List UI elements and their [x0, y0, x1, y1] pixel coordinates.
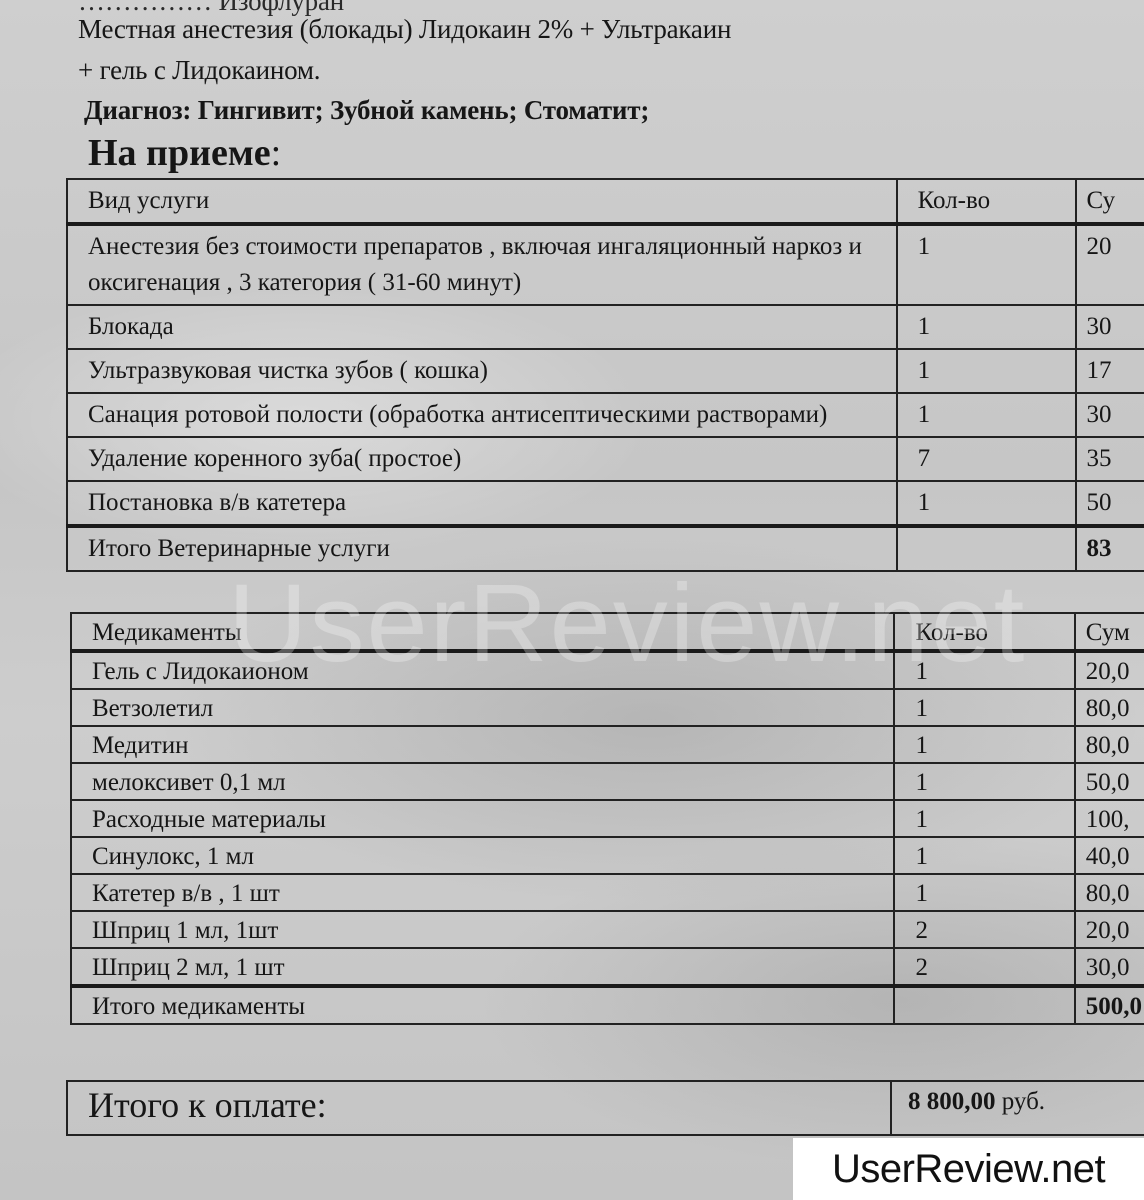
- cell-sum: 100,: [1075, 800, 1144, 837]
- anesthesia-line-2: + гель с Лидокаином.: [78, 55, 320, 86]
- header-medications: Медикаменты: [71, 613, 894, 651]
- medications-table: Медикаменты Кол-во Сум Гель с Лидокаионо…: [70, 612, 1144, 1025]
- services-table-body: Вид услуги Кол-во Су Анестезия без стоим…: [67, 179, 1144, 571]
- grand-total-box: Итого к оплате: 8 800,00 руб.: [66, 1080, 1144, 1136]
- grand-total-divider: [890, 1082, 892, 1134]
- table-row: Расходные материалы1100,: [71, 800, 1144, 837]
- cell-qty: 1: [894, 837, 1074, 874]
- table-row: Анестезия без стоимости препаратов , вкл…: [67, 224, 1144, 305]
- cell-name: мелоксивет 0,1 мл: [71, 763, 894, 800]
- cell-qty: 1: [894, 800, 1074, 837]
- cell-name: Постановка в/в катетера: [67, 481, 897, 526]
- table-row: Санация ротовой полости (обработка антис…: [67, 393, 1144, 437]
- total-row: Итого Ветеринарные услуги83: [67, 526, 1144, 571]
- total-name: Итого медикаменты: [71, 986, 894, 1024]
- cell-sum: 20,0: [1075, 911, 1144, 948]
- cell-qty: 1: [894, 726, 1074, 763]
- cell-qty: 1: [897, 393, 1076, 437]
- cell-qty: 1: [894, 763, 1074, 800]
- grand-total-label: Итого к оплате:: [88, 1084, 327, 1126]
- diagnosis: Диагноз: Гингивит; Зубной камень; Стомат…: [84, 95, 649, 126]
- total-qty: [894, 986, 1074, 1024]
- cell-name: Ветзолетил: [71, 689, 894, 726]
- table-row: Гель с Лидокаионом120,0: [71, 651, 1144, 689]
- cell-sum: 30,0: [1075, 948, 1144, 986]
- services-header-row: Вид услуги Кол-во Су: [67, 179, 1144, 224]
- cell-qty: 1: [897, 349, 1076, 393]
- total-name: Итого Ветеринарные услуги: [67, 526, 897, 571]
- cell-sum: 30: [1076, 305, 1144, 349]
- cell-sum: 20: [1076, 224, 1144, 305]
- cell-sum: 17: [1076, 349, 1144, 393]
- table-row: Катетер в/в , 1 шт180,0: [71, 874, 1144, 911]
- cell-qty: 1: [894, 651, 1074, 689]
- grand-total-currency: руб.: [1002, 1088, 1045, 1115]
- header-sum: Сум: [1075, 613, 1144, 651]
- cell-name: Блокада: [67, 305, 897, 349]
- cell-name: Санация ротовой полости (обработка антис…: [67, 393, 897, 437]
- cell-qty: 2: [894, 911, 1074, 948]
- cell-sum: 20,0: [1075, 651, 1144, 689]
- cell-qty: 1: [894, 689, 1074, 726]
- cell-name: Медитин: [71, 726, 894, 763]
- total-qty: [897, 526, 1076, 571]
- cell-sum: 80,0: [1075, 726, 1144, 763]
- table-row: Блокада130: [67, 305, 1144, 349]
- cell-name: Гель с Лидокаионом: [71, 651, 894, 689]
- total-sum: 500,0: [1075, 986, 1144, 1024]
- section-heading-colon: :: [271, 132, 282, 174]
- table-row: Шприц 1 мл, 1шт220,0: [71, 911, 1144, 948]
- site-badge: UserReview.net: [793, 1138, 1144, 1200]
- cell-sum: 50,0: [1075, 763, 1144, 800]
- cell-qty: 7: [897, 437, 1076, 481]
- cell-name: Шприц 1 мл, 1шт: [71, 911, 894, 948]
- cell-name: Ультразвуковая чистка зубов ( кошка): [67, 349, 897, 393]
- medications-header-row: Медикаменты Кол-во Сум: [71, 613, 1144, 651]
- cell-name: Удаление коренного зуба( простое): [67, 437, 897, 481]
- cell-qty: 1: [897, 481, 1076, 526]
- cell-name: Шприц 2 мл, 1 шт: [71, 948, 894, 986]
- header-sum: Су: [1076, 179, 1144, 224]
- table-row: мелоксивет 0,1 мл150,0: [71, 763, 1144, 800]
- cell-sum: 50: [1076, 481, 1144, 526]
- services-table: Вид услуги Кол-во Су Анестезия без стоим…: [66, 178, 1144, 572]
- cell-name: Катетер в/в , 1 шт: [71, 874, 894, 911]
- table-row: Ветзолетил180,0: [71, 689, 1144, 726]
- cell-sum: 80,0: [1075, 689, 1144, 726]
- header-qty: Кол-во: [897, 179, 1076, 224]
- cell-name: Синулокс, 1 мл: [71, 837, 894, 874]
- medications-table-body: Медикаменты Кол-во Сум Гель с Лидокаионо…: [71, 613, 1144, 1024]
- table-row: Постановка в/в катетера150: [67, 481, 1144, 526]
- cell-sum: 40,0: [1075, 837, 1144, 874]
- cell-sum: 30: [1076, 393, 1144, 437]
- table-row: Синулокс, 1 мл140,0: [71, 837, 1144, 874]
- anesthesia-line-1: Местная анестезия (блокады) Лидокаин 2% …: [78, 14, 731, 45]
- grand-total-value: 8 800,00: [908, 1088, 996, 1115]
- total-sum: 83: [1076, 526, 1144, 571]
- section-heading: На приеме:: [88, 131, 281, 175]
- section-heading-text: На приеме: [88, 132, 271, 174]
- table-row: Удаление коренного зуба( простое)735: [67, 437, 1144, 481]
- table-row: Медитин180,0: [71, 726, 1144, 763]
- table-row: Шприц 2 мл, 1 шт230,0: [71, 948, 1144, 986]
- cell-qty: 2: [894, 948, 1074, 986]
- grand-total-amount: 8 800,00 руб.: [908, 1088, 1045, 1116]
- cell-name: Расходные материалы: [71, 800, 894, 837]
- cell-qty: 1: [897, 224, 1076, 305]
- total-row: Итого медикаменты500,0: [71, 986, 1144, 1024]
- cell-qty: 1: [894, 874, 1074, 911]
- cell-name: Анестезия без стоимости препаратов , вкл…: [67, 224, 897, 305]
- header-service-type: Вид услуги: [67, 179, 897, 224]
- table-row: Ультразвуковая чистка зубов ( кошка)117: [67, 349, 1144, 393]
- cell-sum: 35: [1076, 437, 1144, 481]
- cell-sum: 80,0: [1075, 874, 1144, 911]
- cell-qty: 1: [897, 305, 1076, 349]
- header-qty: Кол-во: [894, 613, 1074, 651]
